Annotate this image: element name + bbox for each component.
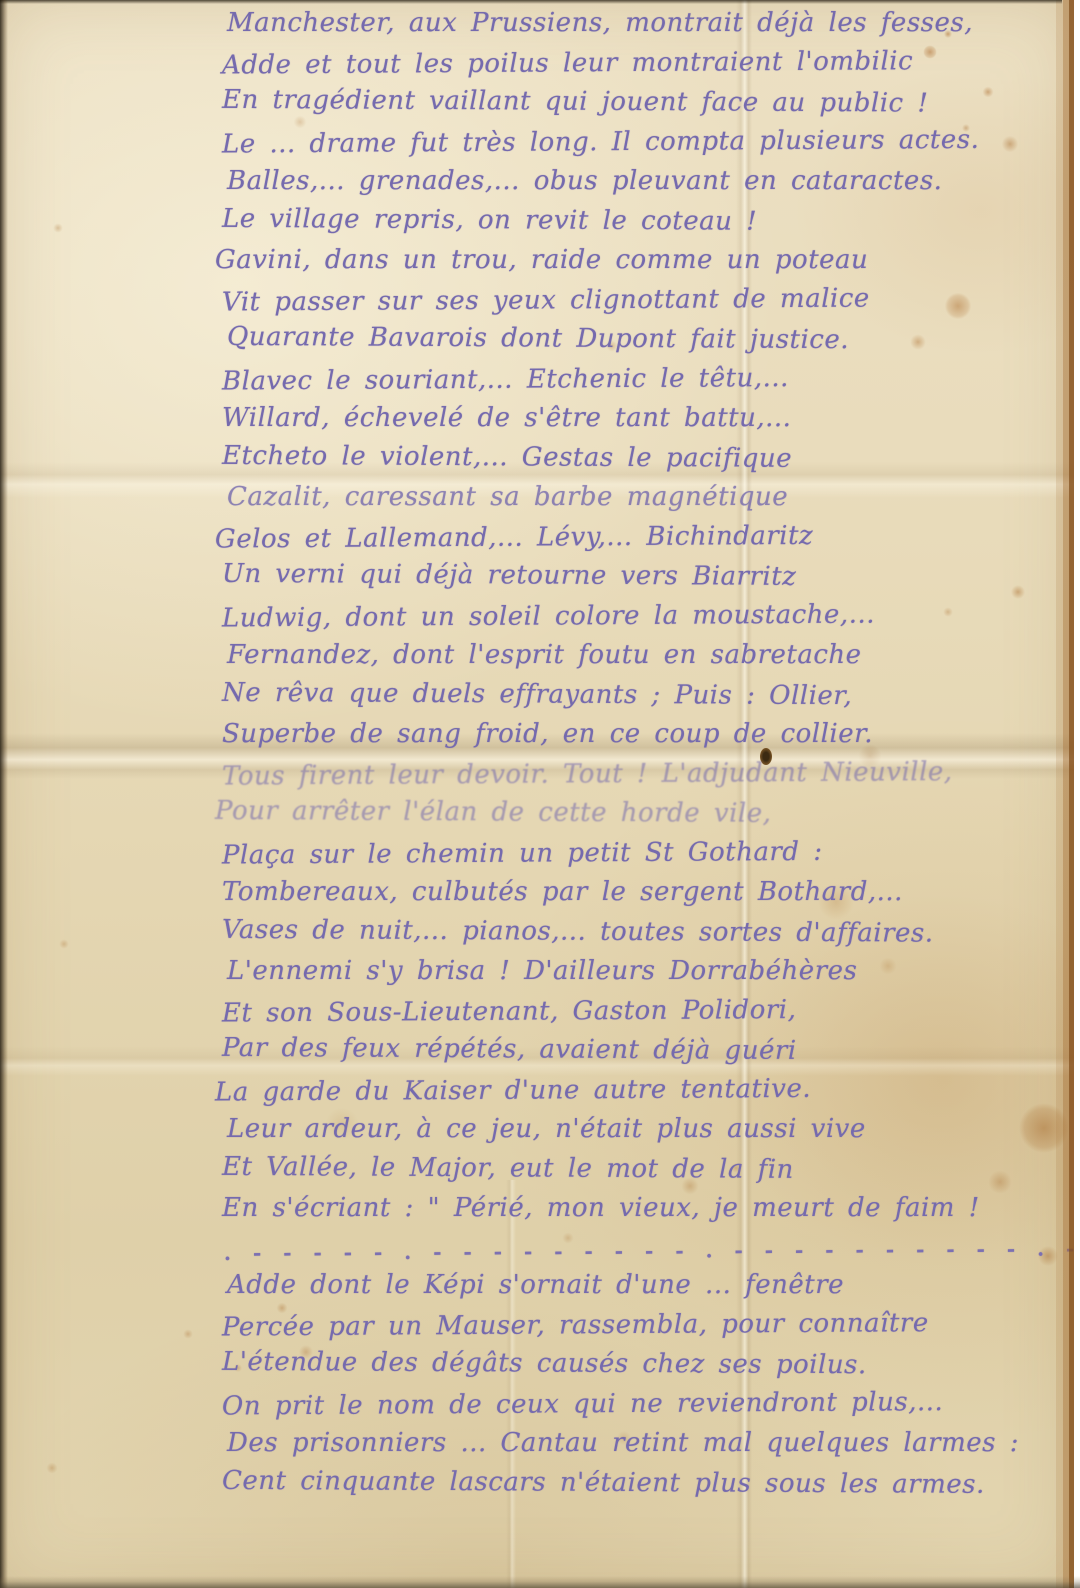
poem-line: Superbe de sang froid, en ce coup de col… [222, 715, 1040, 755]
poem-line: Le ... drame fut très long. Il compta pl… [222, 120, 1040, 164]
poem-line: On prit le nom de ceux qui ne reviendron… [222, 1382, 1040, 1426]
scan-edge-left [0, 0, 8, 1588]
poem-line: Vases de nuit,... pianos,... toutes sort… [222, 910, 1040, 954]
poem-line: Gavini, dans un trou, raide comme un pot… [215, 241, 1040, 281]
poem-line: Cent cinquante lascars n'étaient plus so… [222, 1461, 1040, 1505]
poem-line: La garde du Kaiser d'une autre tentative… [215, 1068, 1040, 1113]
poem-line: Le village repris, on revit le coteau ! [222, 199, 1040, 243]
poem-line: Leur ardeur, à ce jeu, n'était plus auss… [227, 1110, 1040, 1150]
poem-line: Cazalit, caressant sa barbe magnétique [227, 478, 1040, 518]
poem-line: L'ennemi s'y brisa ! D'ailleurs Dorrabéh… [227, 952, 1040, 992]
poem-line: En tragédient vaillant qui jouent face a… [222, 81, 1040, 125]
poem-line: Et Vallée, le Major, eut le mot de la fi… [222, 1147, 1040, 1191]
poem-line: Etcheto le violent,... Gestas le pacifiq… [222, 436, 1040, 480]
poem-line: Percée par un Mauser, rassembla, pour co… [222, 1303, 1040, 1347]
poem-line: En s'écriant : " Périé, mon vieux, je me… [222, 1189, 1040, 1229]
poem-line: Un verni qui déjà retourne vers Biarritz [222, 555, 1040, 599]
poem-line: Blavec le souriant,... Etchenic le têtu,… [222, 357, 1040, 401]
poem-line: Willard, échevelé de s'être tant battu,.… [222, 399, 1040, 439]
scan-edge-bottom [0, 1576, 1080, 1588]
poem-line: Par des feux répétés, avaient déjà guéri [222, 1029, 1040, 1073]
poem-line: Tous firent leur devoir. Tout ! L'adjuda… [222, 752, 1040, 796]
poem-line: Vit passer sur ses yeux clignottant de m… [222, 278, 1040, 322]
scan-edge-top [0, 0, 1062, 4]
poem-line: Adde dont le Képi s'ornait d'une ... fen… [227, 1266, 1040, 1306]
poem-line: Ludwig, dont un soleil colore la moustac… [222, 594, 1040, 638]
poem-line: Adde et tout les poilus leur montraient … [222, 41, 1040, 85]
poem-line: Balles,... grenades,... obus pleuvant en… [227, 162, 1040, 202]
poem-stanza-1: Manchester, aux Prussiens, montrait déjà… [222, 4, 1040, 1229]
manuscript-scan: Manchester, aux Prussiens, montrait déjà… [0, 0, 1080, 1588]
poem-line: Manchester, aux Prussiens, montrait déjà… [227, 4, 1040, 44]
poem-line: Quarante Bavarois dont Dupont fait justi… [227, 318, 1040, 362]
poem-line: Pour arrêter l'élan de cette horde vile, [215, 792, 1040, 836]
poem-line: L'étendue des dégâts causés chez ses poi… [222, 1343, 1040, 1387]
poem-line: Tombereaux, culbutés par le sergent Both… [222, 873, 1040, 913]
poem-stanza-2: Adde dont le Képi s'ornait d'une ... fen… [222, 1266, 1040, 1503]
poem-line: Ne rêva que duels effrayants ; Puis : Ol… [222, 673, 1040, 717]
poem-line: Gelos et Lallemand,... Lévy,... Bichinda… [215, 515, 1040, 560]
poem-line: Plaça sur le chemin un petit St Gothard … [222, 831, 1040, 875]
poem-line: Fernandez, dont l'esprit foutu en sabret… [227, 636, 1040, 676]
poem-line: Des prisonniers ... Cantau retint mal qu… [227, 1424, 1040, 1464]
scan-edge-right [1052, 0, 1080, 1588]
poem-line: Et son Sous-Lieutenant, Gaston Polidori, [222, 989, 1040, 1033]
